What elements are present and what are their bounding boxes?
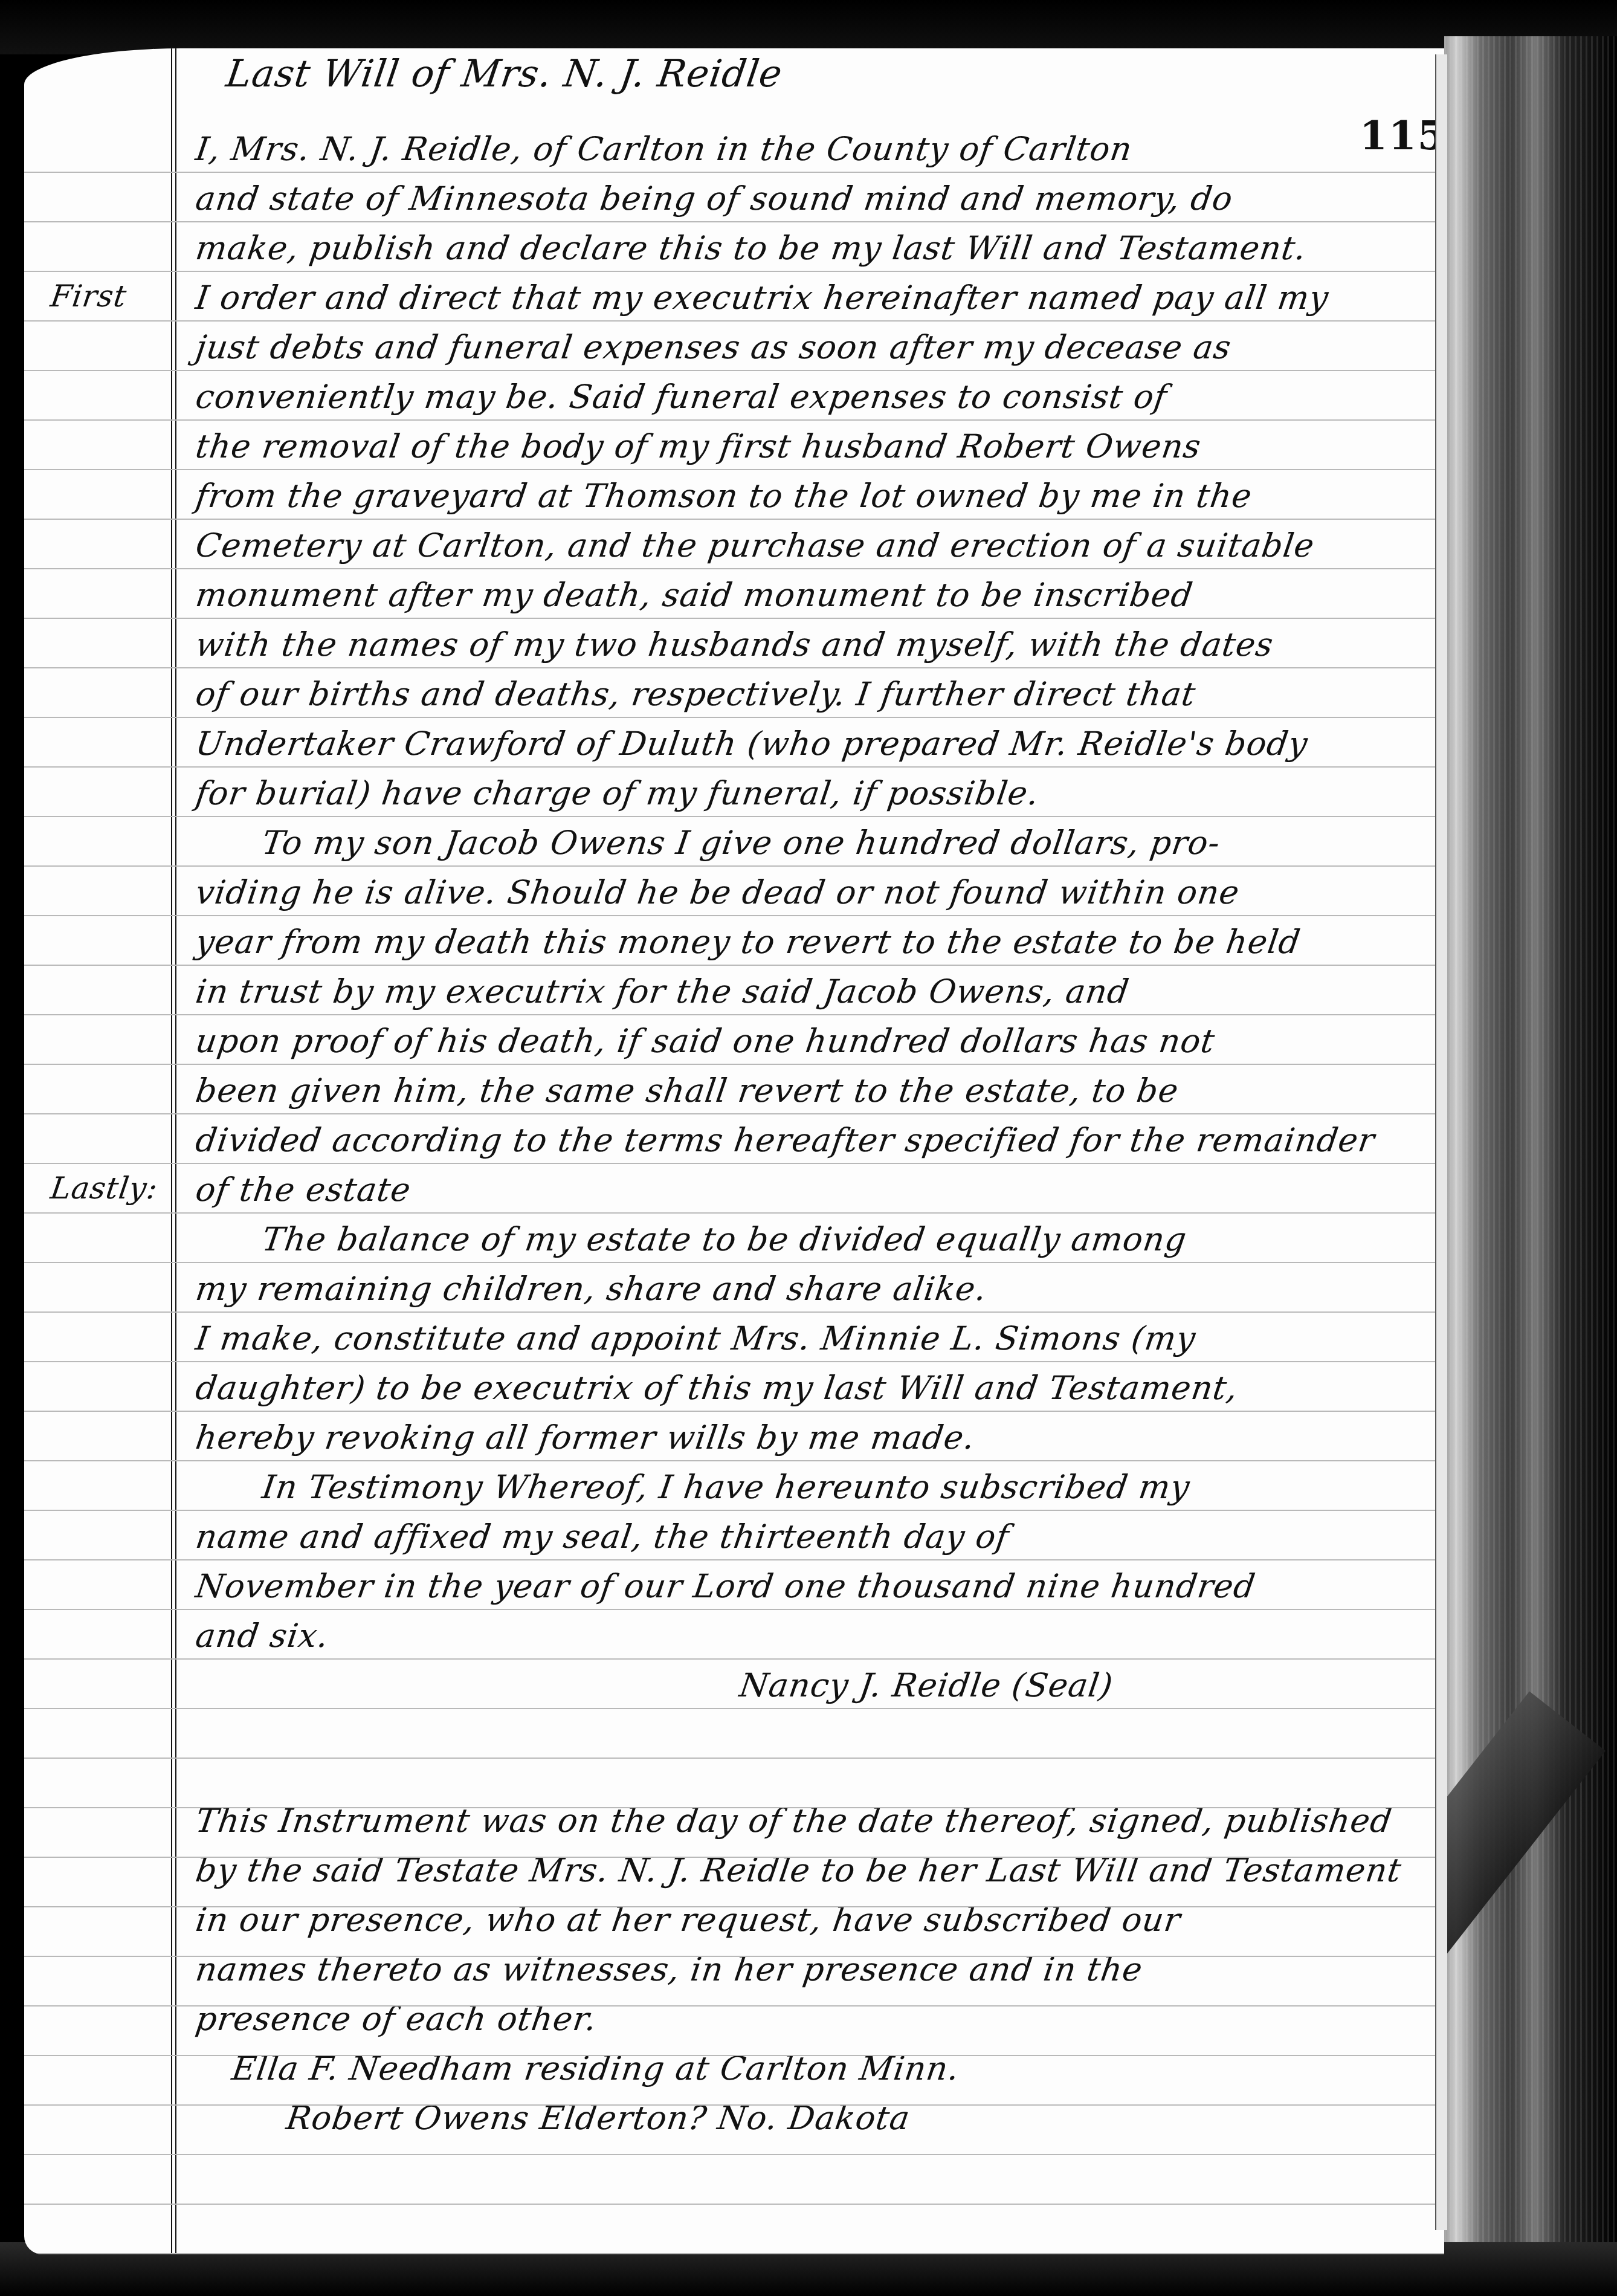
text-line: conveniently may be. Said funeral expens…: [193, 378, 1170, 416]
ruled-line: [24, 1212, 1444, 1214]
ruled-line: [24, 1559, 1444, 1560]
text-line: viding he is alive. Should he be dead or…: [193, 873, 1242, 911]
ruled-line: [24, 717, 1444, 718]
text-line: November in the year of our Lord one tho…: [193, 1567, 1258, 1605]
ledger-page: Last Will of Mrs. N. J. Reidle 115 I, Mr…: [24, 48, 1444, 2254]
text-line: my remaining children, share and share a…: [193, 1270, 989, 1308]
book-binding: [1444, 36, 1617, 2296]
ruled-line: [24, 320, 1444, 322]
ruled-line: [24, 1361, 1444, 1362]
text-line: I make, constitute and appoint Mrs. Minn…: [193, 1319, 1198, 1357]
text-line: make, publish and declare this to be my …: [193, 229, 1309, 267]
ruled-line: [24, 816, 1444, 817]
text-line: The balance of my estate to be divided e…: [260, 1220, 1189, 1258]
text-line: daughter) to be executrix of this my las…: [193, 1369, 1241, 1407]
text-line: I, Mrs. N. J. Reidle, of Carlton in the …: [193, 130, 1135, 168]
ruled-line: [24, 766, 1444, 768]
scan-background-top: [0, 0, 1617, 54]
ruled-line: [24, 568, 1444, 569]
ruled-line: [24, 1807, 1444, 1808]
ruled-line: [24, 1163, 1444, 1164]
text-line: just debts and funeral expenses as soon …: [193, 328, 1234, 366]
ruled-line: [24, 172, 1444, 173]
margin-rule: [175, 48, 176, 2254]
text-line: of our births and deaths, respectively. …: [193, 675, 1198, 713]
ruled-line: [24, 1064, 1444, 1065]
ruled-line: [24, 271, 1444, 272]
ruled-line: [24, 370, 1444, 371]
ruled-line: [24, 419, 1444, 421]
text-line: and state of Minnesota being of sound mi…: [193, 179, 1236, 218]
ruled-line: [24, 1113, 1444, 1114]
ruled-line: [24, 1857, 1444, 1858]
text-line: from the graveyard at Thomson to the lot…: [193, 477, 1254, 515]
text-line: with the names of my two husbands and my…: [193, 626, 1276, 664]
page-number: 115: [1360, 112, 1444, 159]
ruled-line: [24, 1014, 1444, 1015]
ruled-line: [24, 1460, 1444, 1461]
text-line: To my son Jacob Owens I give one hundred…: [260, 824, 1222, 862]
text-line: Undertaker Crawford of Duluth (who prepa…: [193, 725, 1310, 763]
ruled-line: [24, 865, 1444, 867]
ruled-line: [24, 2005, 1444, 2007]
ruled-line: [24, 469, 1444, 470]
margin-rule: [171, 48, 172, 2254]
text-line: the removal of the body of my first husb…: [193, 427, 1204, 465]
ruled-line: [24, 1956, 1444, 1957]
text-line: year from my death this money to revert …: [193, 923, 1303, 961]
ruled-line: [24, 1411, 1444, 1412]
text-line: upon proof of his death, if said one hun…: [193, 1022, 1218, 1060]
ruled-line: [24, 1510, 1444, 1511]
ruled-line: [24, 2055, 1444, 2056]
text-line: Cemetery at Carlton, and the purchase an…: [193, 526, 1317, 564]
ruled-line: [24, 1658, 1444, 1660]
text-line: monument after my death, said monument t…: [193, 576, 1195, 614]
text-line: I order and direct that my executrix her…: [193, 279, 1331, 317]
text-line: Nancy J. Reidle (Seal): [737, 1666, 1115, 1704]
margin-note: First: [48, 279, 129, 314]
text-line: in trust by my executrix for the said Ja…: [193, 972, 1132, 1011]
ruled-line: [24, 1262, 1444, 1263]
ruled-line: [24, 667, 1444, 668]
margin-note: Lastly:: [48, 1171, 160, 1206]
ruled-line: [24, 1609, 1444, 1610]
text-line: divided according to the terms hereafter…: [193, 1121, 1377, 1159]
ruled-line: [24, 221, 1444, 222]
text-line: for burial) have charge of my funeral, i…: [193, 774, 1042, 812]
text-line: hereby revoking all former wills by me m…: [193, 1418, 978, 1457]
ruled-line: [24, 965, 1444, 966]
page-edges: [1435, 54, 1447, 2230]
ruled-line: [24, 1906, 1444, 1907]
ruled-line: [24, 519, 1444, 520]
ruled-line: [24, 915, 1444, 916]
ruled-line: [24, 1311, 1444, 1313]
text-line: and six.: [193, 1617, 331, 1655]
ruled-line: [24, 2154, 1444, 2155]
ruled-line: [24, 618, 1444, 619]
text-line: been given him, the same shall revert to…: [193, 1072, 1181, 1110]
text-line: In Testimony Whereof, I have hereunto su…: [260, 1468, 1192, 1506]
ruled-line: [24, 2204, 1444, 2205]
text-line: of the estate: [193, 1171, 413, 1209]
ruled-line: [24, 1758, 1444, 1759]
document-title: Last Will of Mrs. N. J. Reidle: [224, 51, 786, 95]
ruled-line: [24, 1708, 1444, 1709]
text-line: name and affixed my seal, the thirteenth…: [193, 1518, 1012, 1556]
ruled-line: [24, 2253, 1444, 2254]
ruled-line: [24, 2104, 1444, 2106]
